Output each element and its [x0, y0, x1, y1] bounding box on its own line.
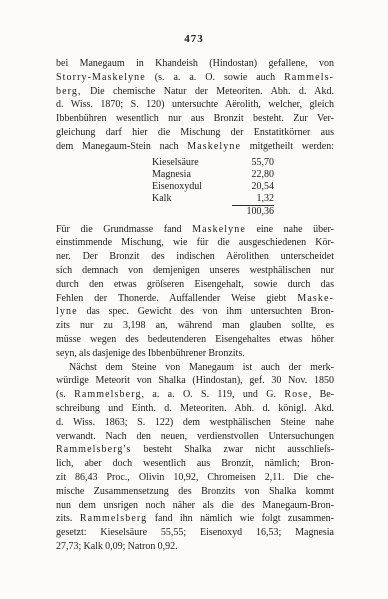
text-line: mische Zusammensetzung des Bronzits von …: [56, 485, 334, 499]
letterspaced-name: Rammels-: [284, 72, 334, 83]
text-line: ner. Der Bronzit des indischen Aërolithe…: [56, 250, 334, 264]
maskelyne-analysis-table: Kieselsäure 55,70 Magnesia 22,80 Eisenox…: [152, 157, 274, 219]
letterspaced-name: Rose: [284, 389, 308, 400]
component-label: Kalk: [152, 193, 232, 206]
text-line: zits nur zu 3,198 an, während man glaube…: [56, 319, 334, 333]
paragraph-grundmasse: Für die Grundmasse fand Maskelyne eine n…: [56, 223, 334, 361]
text-line: nun dem unsrigen noch näher als die des …: [56, 499, 334, 513]
text-line: d. Wiss. 1870; S. 120) untersuchte Aërol…: [56, 98, 334, 112]
text-line: (s. Rammelsberg, a. a. O. S. 119, und G.…: [56, 388, 334, 402]
text-line: d. Wiss. 1863; S. 122) dem westphälische…: [56, 416, 334, 430]
text-line: müsse wegen des bedeutenderen Eisengehal…: [56, 333, 334, 347]
component-label: Kieselsäure: [152, 157, 232, 169]
component-label: Magnesia: [152, 169, 232, 181]
component-value: 22,80: [232, 169, 274, 181]
text-line: verwandt. Nach den neuen, verdienstvolle…: [56, 430, 334, 444]
text-line: berg, Die chemische Natur der Meteoriten…: [56, 85, 334, 99]
letterspaced-name: Maskelyne: [187, 141, 241, 152]
text-line: Fehlen der Thonerde. Auffallender Weise …: [56, 292, 334, 306]
letterspaced-name: Rammelsberg: [74, 389, 141, 400]
total-label-empty: [152, 206, 232, 219]
table-row: Kieselsäure 55,70: [152, 157, 274, 169]
text-line: Ibbenbühren wesentlich nur aus Bronzit b…: [56, 112, 334, 126]
letterspaced-name: lyne: [56, 306, 78, 317]
text-line: bei Manegaum in Khandeish (Hindostan) ge…: [56, 57, 334, 71]
paragraph-shalka: Nächst dem Steine von Manegaum ist auch …: [56, 361, 334, 554]
text-line: gesetzt: Kieselsäure 55,55; Eisenoxyd 16…: [56, 526, 334, 540]
table-row: Magnesia 22,80: [152, 169, 274, 181]
component-value: 55,70: [232, 157, 274, 169]
letterspaced-name: Maskelyne: [192, 224, 246, 235]
text-line: zit 86,43 Proc., Olivin 10,92, Chromeise…: [56, 471, 334, 485]
text-line: seyn, als dasjenige des Ibbenbührener Br…: [56, 347, 334, 361]
table-row: Kalk 1,32: [152, 193, 274, 206]
text-line: Für die Grundmasse fand Maskelyne eine n…: [56, 223, 334, 237]
text-line: gleichung darf hier die Mischung der Ens…: [56, 126, 334, 140]
component-label: Eisenoxydul: [152, 181, 232, 193]
text-line: sich demnach von demjenigen unseres west…: [56, 264, 334, 278]
text-line: lyne das spec. Gewicht des von ihm unter…: [56, 305, 334, 319]
table-total-row: 100,36: [152, 206, 274, 219]
text-line: würdige Meteorit von Shalka (Hindostan),…: [56, 374, 334, 388]
text-line: Nächst dem Steine von Manegaum ist auch …: [56, 361, 334, 375]
text-line: lich, aber doch wesentlich aus Bronzit, …: [56, 457, 334, 471]
component-value: 1,32: [232, 193, 274, 206]
page-number: 473: [0, 33, 388, 45]
paragraph-manegaum-intro: bei Manegaum in Khandeish (Hindostan) ge…: [56, 57, 334, 154]
letterspaced-name: Rammelsberg's: [56, 444, 131, 455]
letterspaced-name: Maske-: [297, 293, 334, 304]
text-line: durch den etwas gröſseren Eisengehalt, s…: [56, 278, 334, 292]
text-line: Rammelsberg's besteht Shalka zwar nicht …: [56, 443, 334, 457]
component-value: 20,54: [232, 181, 274, 193]
text-block: bei Manegaum in Khandeish (Hindostan) ge…: [56, 57, 334, 554]
letterspaced-name: Storry-Maskelyne: [56, 72, 146, 83]
text-line: Storry-Maskelyne (s. a. a. O. sowie auch…: [56, 71, 334, 85]
text-line: 27,73; Kalk 0,09; Natron 0,92.: [56, 540, 334, 554]
letterspaced-name: Rammelsberg: [80, 513, 147, 524]
text-line: einstimmende Mischung, wie für die ausge…: [56, 236, 334, 250]
scanned-book-page: 473 bei Manegaum in Khandeish (Hindostan…: [0, 0, 388, 599]
text-line: zits. Rammelsberg fand ihn nämlich wie f…: [56, 512, 334, 526]
text-line: dem Manegaum-Stein nach Maskelyne mitget…: [56, 140, 334, 154]
letterspaced-name: berg,: [56, 86, 82, 97]
total-value: 100,36: [232, 206, 274, 219]
text-line: schreibung und Einth. d. Meteoriten. Abh…: [56, 402, 334, 416]
table-row: Eisenoxydul 20,54: [152, 181, 274, 193]
